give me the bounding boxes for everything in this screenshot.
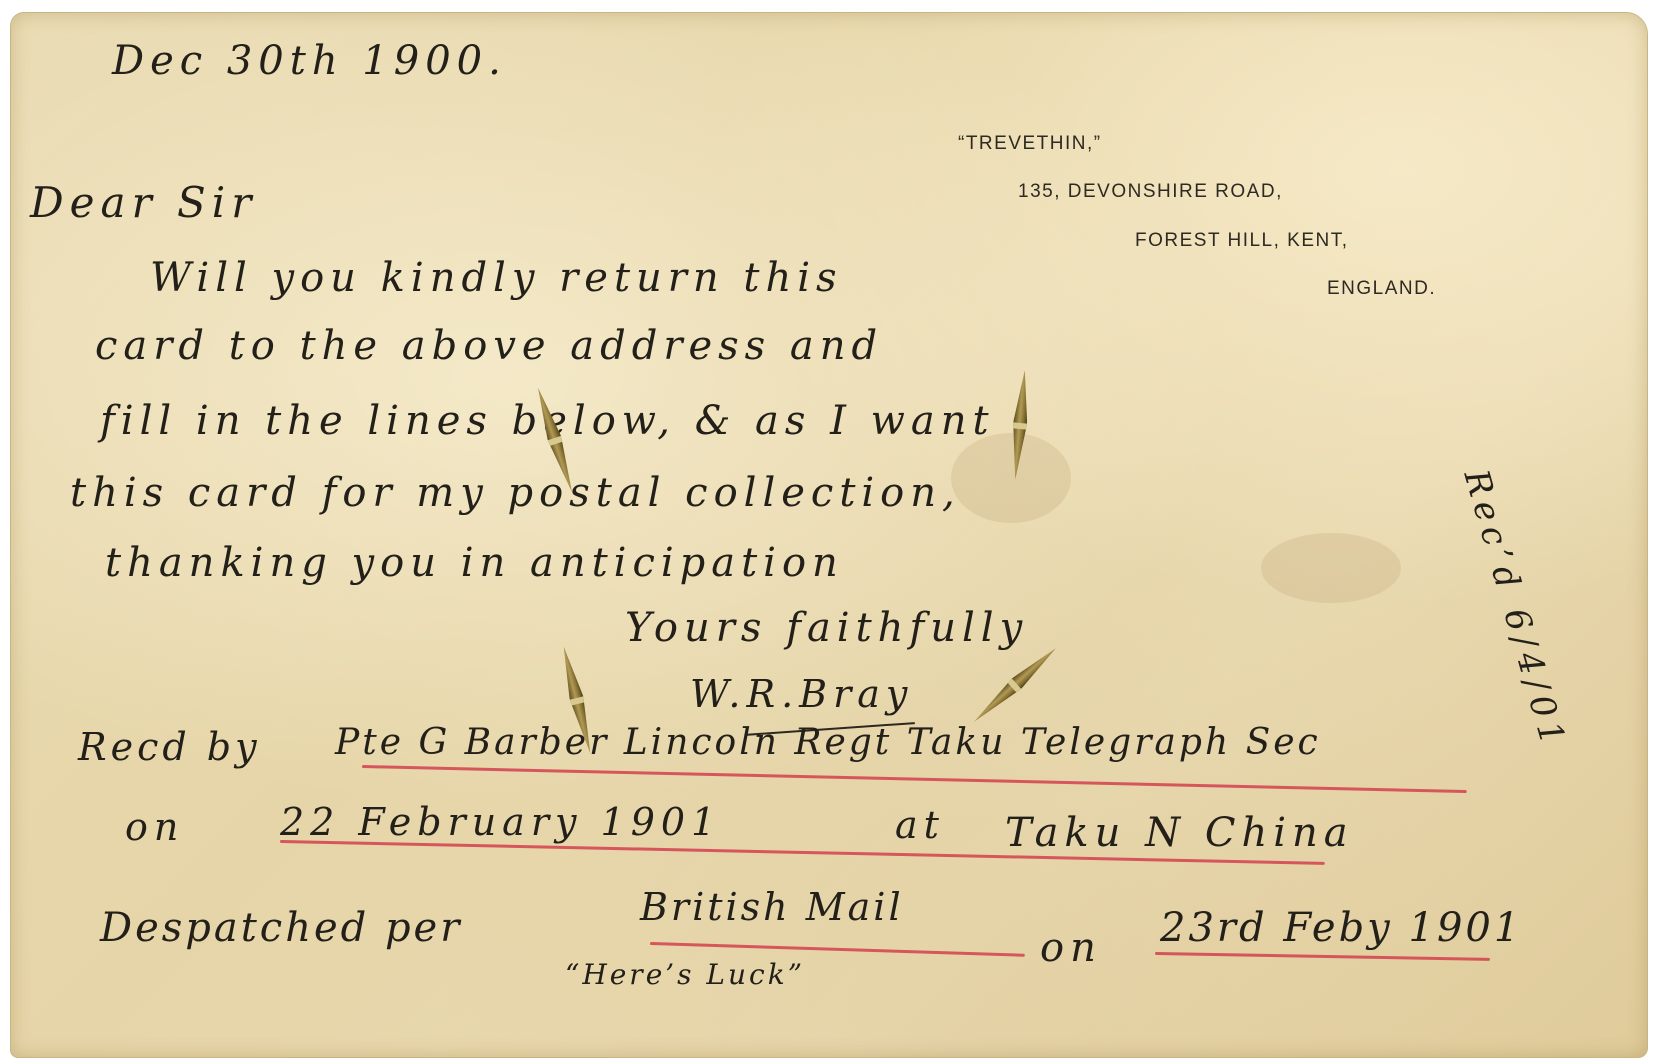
- form-value-despatched-per: British Mail: [640, 885, 904, 929]
- body-line: this card for my postal collection,: [70, 470, 961, 516]
- ship-note: “Here’s Luck”: [565, 958, 805, 991]
- body-line: Will you kindly return this: [150, 255, 843, 301]
- water-stain: [1261, 533, 1401, 603]
- form-value-location: Taku N China: [1005, 810, 1354, 856]
- letterhead-town: FOREST HILL, KENT,: [1135, 230, 1349, 252]
- form-value-despatch-date: 23rd Feby 1901: [1160, 905, 1522, 951]
- closing: Yours faithfully: [625, 605, 1028, 651]
- form-value-date-received: 22 February 1901: [280, 800, 721, 844]
- salutation: Dear Sir: [30, 178, 257, 227]
- form-prefix: on: [125, 805, 184, 849]
- signature: W.R.Bray: [690, 672, 913, 716]
- letterhead-country: ENGLAND.: [1327, 278, 1436, 300]
- handwritten-date: Dec 30th 1900.: [112, 38, 507, 84]
- form-mid: at: [895, 803, 945, 847]
- body-line: card to the above address and: [95, 323, 883, 369]
- form-prefix: Recd by: [78, 725, 261, 769]
- form-mid: on: [1040, 925, 1102, 971]
- letterhead-house: “TREVETHIN,”: [958, 133, 1102, 155]
- water-stain: [951, 433, 1071, 523]
- letterhead-street: 135, DEVONSHIRE ROAD,: [1018, 181, 1283, 203]
- body-line: thanking you in anticipation: [105, 540, 844, 586]
- form-value-received-by: Pte G Barber Lincoln Regt Taku Telegraph…: [335, 722, 1321, 763]
- form-prefix: Despatched per: [100, 905, 462, 951]
